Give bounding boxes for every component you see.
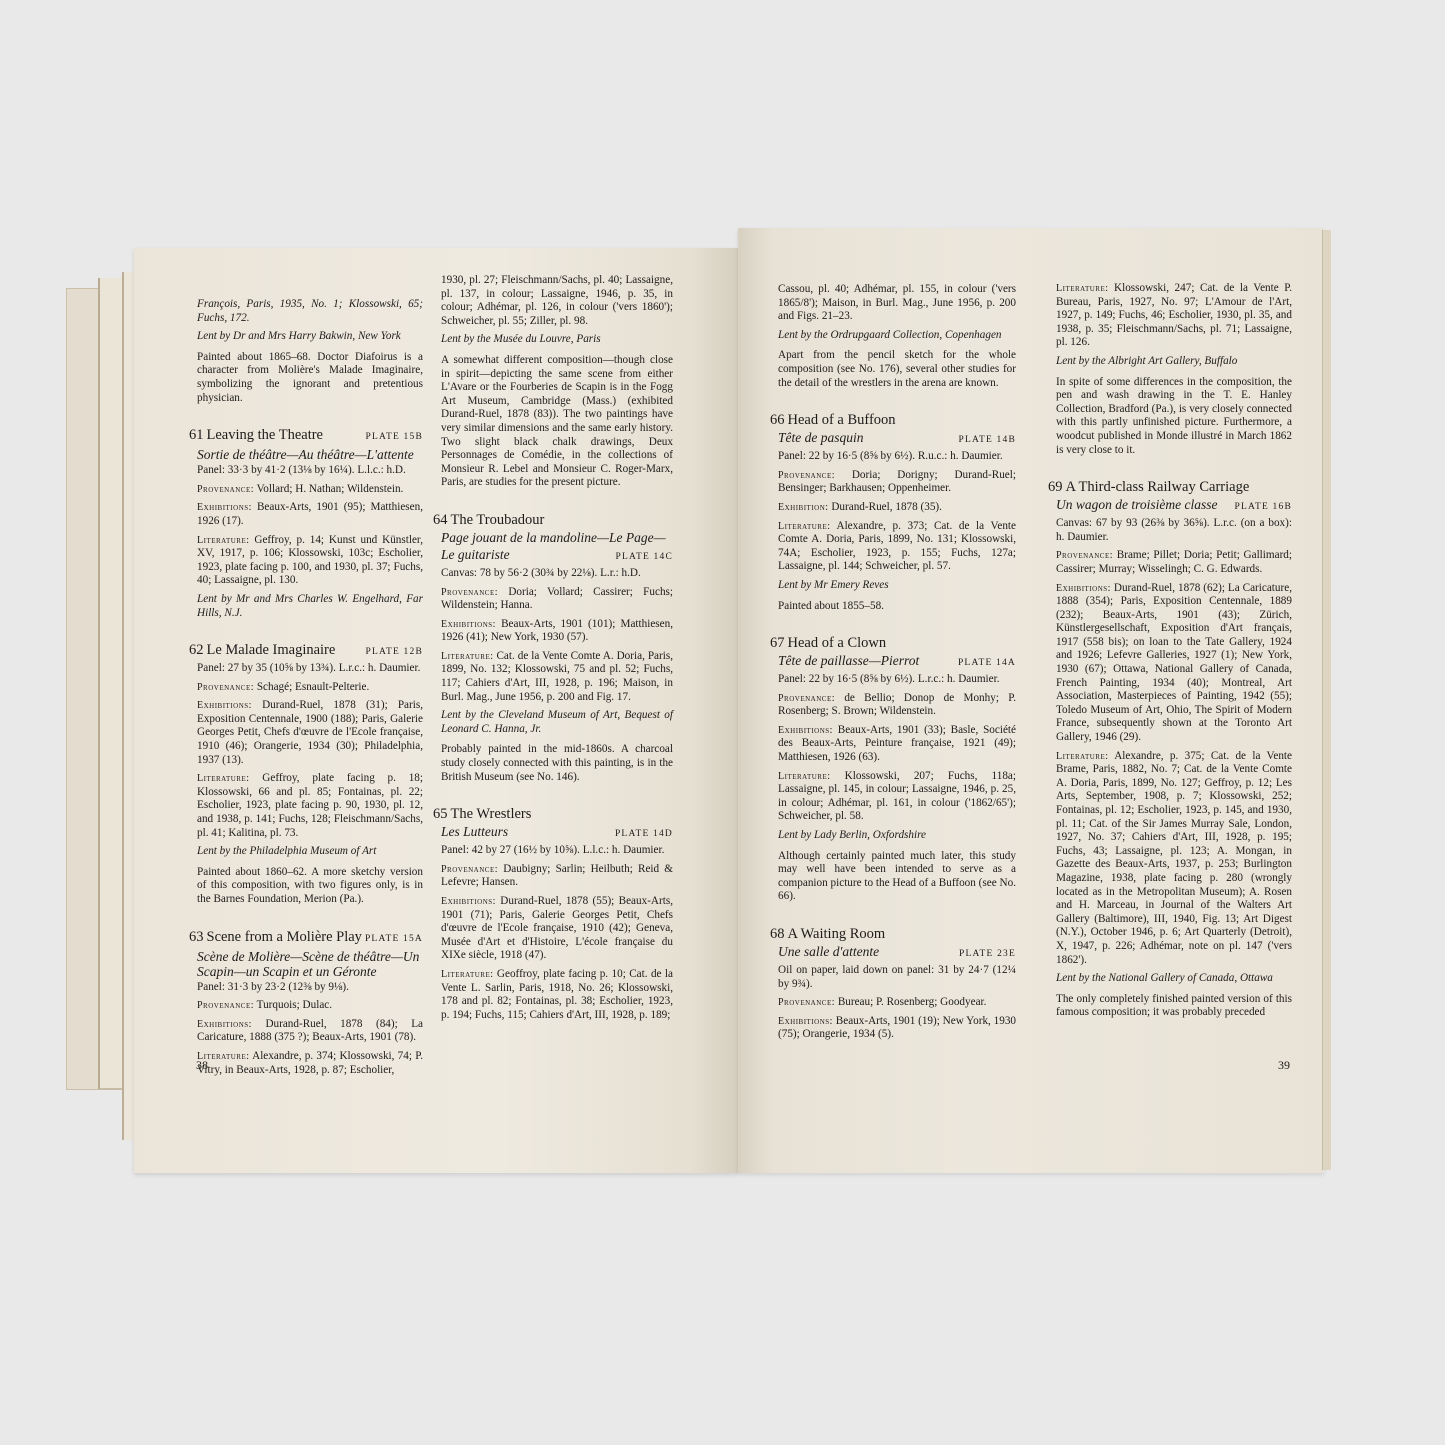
lender-line: Lent by Mr and Mrs Charles W. Engelhard,… xyxy=(197,593,423,620)
exhibitions: Exhibition: Durand-Ruel, 1878 (35). xyxy=(778,501,1016,515)
provenance: Provenance: Doria; Dorigny; Durand-Ruel;… xyxy=(778,469,1016,496)
french-title: Tête de paillasse—PierrotPLATE 14A xyxy=(778,653,1016,671)
lender-line: Lent by the Philadelphia Museum of Art xyxy=(197,845,423,859)
catalogue-entry-66: 66Head of a Buffoon Tête de pasquinPLATE… xyxy=(778,412,1016,613)
exhibitions: Exhibitions: Durand-Ruel, 1878 (62); La … xyxy=(1056,582,1292,745)
exhibitions: Exhibitions: Durand-Ruel, 1878 (31); Par… xyxy=(197,699,423,767)
plate-reference: PLATE 14A xyxy=(958,656,1016,671)
lender-line: Lent by the Cleveland Museum of Art, Beq… xyxy=(441,709,673,736)
provenance: Provenance: de Bellio; Donop de Monhy; P… xyxy=(778,692,1016,719)
entry-title: The Troubadour xyxy=(451,512,545,528)
medium-dimensions: Canvas: 67 by 93 (26⅜ by 36⅝). L.r.c. (o… xyxy=(1056,517,1292,544)
entry-title: Head of a Clown xyxy=(788,635,887,651)
page-number-left: 38 xyxy=(196,1058,208,1073)
entry-title: A Third-class Railway Carriage xyxy=(1066,479,1250,495)
entry-title: Le Malade Imaginaire xyxy=(207,642,336,658)
entry-title: Scene from a Molière Play xyxy=(207,929,362,945)
medium-dimensions: Canvas: 78 by 56·2 (30¾ by 22⅛). L.r.: h… xyxy=(441,567,673,581)
medium-dimensions: Panel: 27 by 35 (10⅝ by 13¾). L.r.c.: h.… xyxy=(197,662,423,676)
entry-number: 69 xyxy=(1048,479,1063,495)
lender-line: Lent by Dr and Mrs Harry Bakwin, New Yor… xyxy=(197,330,423,344)
entry-note: Painted about 1860–62. A more sketchy ve… xyxy=(197,866,423,907)
entry-heading: 68A Waiting Room xyxy=(770,926,1016,943)
provenance: Provenance: Turquois; Dulac. xyxy=(197,999,423,1013)
provenance: Provenance: Doria; Vollard; Cassirer; Fu… xyxy=(441,586,673,613)
continued-text: 1930, pl. 27; Fleischmann/Sachs, pl. 40;… xyxy=(441,274,673,328)
entry-title: A Waiting Room xyxy=(788,926,886,942)
entry-note: Probably painted in the mid-1860s. A cha… xyxy=(441,743,673,784)
entry-number: 64 xyxy=(433,512,448,528)
page-number-right: 39 xyxy=(1278,1058,1290,1073)
literature: Literature: Alexandre, p. 373; Cat. de l… xyxy=(778,520,1016,574)
provenance: Provenance: Schagé; Esnault-Pelterie. xyxy=(197,681,423,695)
provenance: Provenance: Bureau; P. Rosenberg; Goodye… xyxy=(778,996,1016,1010)
plate-reference: PLATE 12B xyxy=(365,644,423,661)
entry-heading: 66Head of a Buffoon xyxy=(770,412,1016,429)
entry-number: 63 xyxy=(189,929,204,945)
catalogue-entry-68: 68A Waiting Room Une salle d'attentePLAT… xyxy=(778,926,1016,1042)
exhibitions: Exhibitions: Beaux-Arts, 1901 (33); Basl… xyxy=(778,724,1016,765)
entry-heading: 64The Troubadour xyxy=(433,512,673,529)
french-title: Tête de pasquinPLATE 14B xyxy=(778,430,1016,448)
entry-note: A somewhat different composition—though … xyxy=(441,354,673,490)
medium-dimensions: Panel: 31·3 by 23·2 (12⅜ by 9⅛). xyxy=(197,981,423,995)
entry-title: The Wrestlers xyxy=(451,806,532,822)
entry-note: Painted about 1865–68. Doctor Diafoirus … xyxy=(197,351,423,405)
medium-dimensions: Oil on paper, laid down on panel: 31 by … xyxy=(778,964,1016,991)
literature: Literature: Geffroy, p. 14; Kunst und Kü… xyxy=(197,534,423,588)
provenance: Provenance: Daubigny; Sarlin; Heilbuth; … xyxy=(441,863,673,890)
plate-reference: PLATE 14B xyxy=(958,433,1016,448)
plate-reference: PLATE 14D xyxy=(615,827,673,842)
literature: Literature: Cat. de la Vente Comte A. Do… xyxy=(441,650,673,704)
medium-dimensions: Panel: 42 by 27 (16½ by 10⅝). L.l.c.: h.… xyxy=(441,844,673,858)
column-4: Literature: Klossowski, 247; Cat. de la … xyxy=(1056,282,1292,1025)
medium-dimensions: Panel: 33·3 by 41·2 (13⅛ by 16¼). L.l.c.… xyxy=(197,464,423,478)
medium-dimensions: Panel: 22 by 16·5 (8⅝ by 6½). L.r.c.: h.… xyxy=(778,673,1016,687)
entry-number: 65 xyxy=(433,806,448,822)
entry-number: 67 xyxy=(770,635,785,651)
provenance: Provenance: Brame; Pillet; Doria; Petit;… xyxy=(1056,549,1292,576)
plate-reference: PLATE 15B xyxy=(365,429,423,446)
catalogue-entry-69: 69A Third-class Railway Carriage Un wago… xyxy=(1056,479,1292,1020)
entry-heading: 65The Wrestlers xyxy=(433,806,673,823)
book-edge-pages xyxy=(1322,230,1331,1170)
medium-dimensions: Panel: 22 by 16·5 (8⅝ by 6½). R.u.c.: h.… xyxy=(778,450,1016,464)
plate-reference: PLATE 16B xyxy=(1234,500,1292,515)
literature: Literature: Geoffroy, plate facing p. 10… xyxy=(441,968,673,1022)
plate-reference: PLATE 15A xyxy=(365,931,423,948)
catalogue-entry-62: 62Le Malade Imaginaire PLATE 12B Panel: … xyxy=(197,642,423,907)
entry-note: The only completely finished painted ver… xyxy=(1056,993,1292,1020)
column-1: François, Paris, 1935, No. 1; Klossowski… xyxy=(197,298,423,1082)
continued-text: Cassou, pl. 40; Adhémar, pl. 155, in col… xyxy=(778,283,1016,324)
lender-line: Lent by the Musée du Louvre, Paris xyxy=(441,333,673,347)
entry-title: Leaving the Theatre xyxy=(207,427,323,443)
catalogue-entry-63: 63Scene from a Molière Play PLATE 15A Sc… xyxy=(197,929,423,1078)
catalogue-entry-64: 64The Troubadour Page jouant de la mando… xyxy=(441,512,673,784)
lender-line: Lent by Lady Berlin, Oxfordshire xyxy=(778,829,1016,843)
plate-reference: PLATE 14C xyxy=(615,550,673,565)
french-title: Le guitaristePLATE 14C xyxy=(441,547,673,565)
entry-heading: 61Leaving the Theatre PLATE 15B xyxy=(189,427,423,446)
column-2: 1930, pl. 27; Fleischmann/Sachs, pl. 40;… xyxy=(441,274,673,1027)
literature: Literature: Alexandre, p. 375; Cat. de l… xyxy=(1056,750,1292,968)
lender-line: Lent by the National Gallery of Canada, … xyxy=(1056,972,1292,986)
french-title: Un wagon de troisième classePLATE 16B xyxy=(1056,497,1292,515)
french-title: Page jouant de la mandoline—Le Page— xyxy=(441,530,673,545)
lender-line: Lent by Mr Emery Reves xyxy=(778,579,1016,593)
column-3: Cassou, pl. 40; Adhémar, pl. 155, in col… xyxy=(778,283,1016,1047)
entry-heading: 67Head of a Clown xyxy=(770,635,1016,652)
exhibitions: Exhibitions: Durand-Ruel, 1878 (84); La … xyxy=(197,1018,423,1045)
entry-note: Painted about 1855–58. xyxy=(778,600,1016,614)
continued-text: François, Paris, 1935, No. 1; Klossowski… xyxy=(197,298,423,325)
french-title: Une salle d'attentePLATE 23E xyxy=(778,944,1016,962)
entry-heading: 63Scene from a Molière Play PLATE 15A xyxy=(189,929,423,948)
catalogue-entry-61: 61Leaving the Theatre PLATE 15B Sortie d… xyxy=(197,427,423,620)
french-title: Scène de Molière—Scène de théâtre—Un Sca… xyxy=(197,949,423,979)
provenance: Provenance: Vollard; H. Nathan; Wildenst… xyxy=(197,483,423,497)
entry-number: 62 xyxy=(189,642,204,658)
literature: Literature: Klossowski, 247; Cat. de la … xyxy=(1056,282,1292,350)
french-title: Sortie de théâtre—Au théâtre—L'attente xyxy=(197,447,423,462)
exhibitions: Exhibitions: Beaux-Arts, 1901 (19); New … xyxy=(778,1015,1016,1042)
literature: Literature: Alexandre, p. 374; Klossowsk… xyxy=(197,1050,423,1077)
literature: Literature: Geffroy, plate facing p. 18;… xyxy=(197,772,423,840)
entry-note: Although certainly painted much later, t… xyxy=(778,850,1016,904)
catalogue-entry-67: 67Head of a Clown Tête de paillasse—Pier… xyxy=(778,635,1016,904)
entry-number: 68 xyxy=(770,926,785,942)
exhibitions: Exhibitions: Durand-Ruel, 1878 (55); Bea… xyxy=(441,895,673,963)
literature: Literature: Klossowski, 207; Fuchs, 118a… xyxy=(778,770,1016,824)
exhibitions: Exhibitions: Beaux-Arts, 1901 (101); Mat… xyxy=(441,618,673,645)
lender-line: Lent by the Albright Art Gallery, Buffal… xyxy=(1056,355,1292,369)
french-title: Les LutteursPLATE 14D xyxy=(441,824,673,842)
lender-line: Lent by the Ordrupgaard Collection, Cope… xyxy=(778,329,1016,343)
plate-reference: PLATE 23E xyxy=(959,947,1016,962)
entry-heading: 69A Third-class Railway Carriage xyxy=(1048,479,1292,496)
entry-heading: 62Le Malade Imaginaire PLATE 12B xyxy=(189,642,423,661)
entry-title: Head of a Buffoon xyxy=(788,412,896,428)
entry-note: Apart from the pencil sketch for the who… xyxy=(778,349,1016,390)
catalogue-entry-65: 65The Wrestlers Les LutteursPLATE 14D Pa… xyxy=(441,806,673,1022)
entry-number: 61 xyxy=(189,427,204,443)
entry-number: 66 xyxy=(770,412,785,428)
entry-note: In spite of some differences in the comp… xyxy=(1056,376,1292,458)
exhibitions: Exhibitions: Beaux-Arts, 1901 (95); Matt… xyxy=(197,501,423,528)
